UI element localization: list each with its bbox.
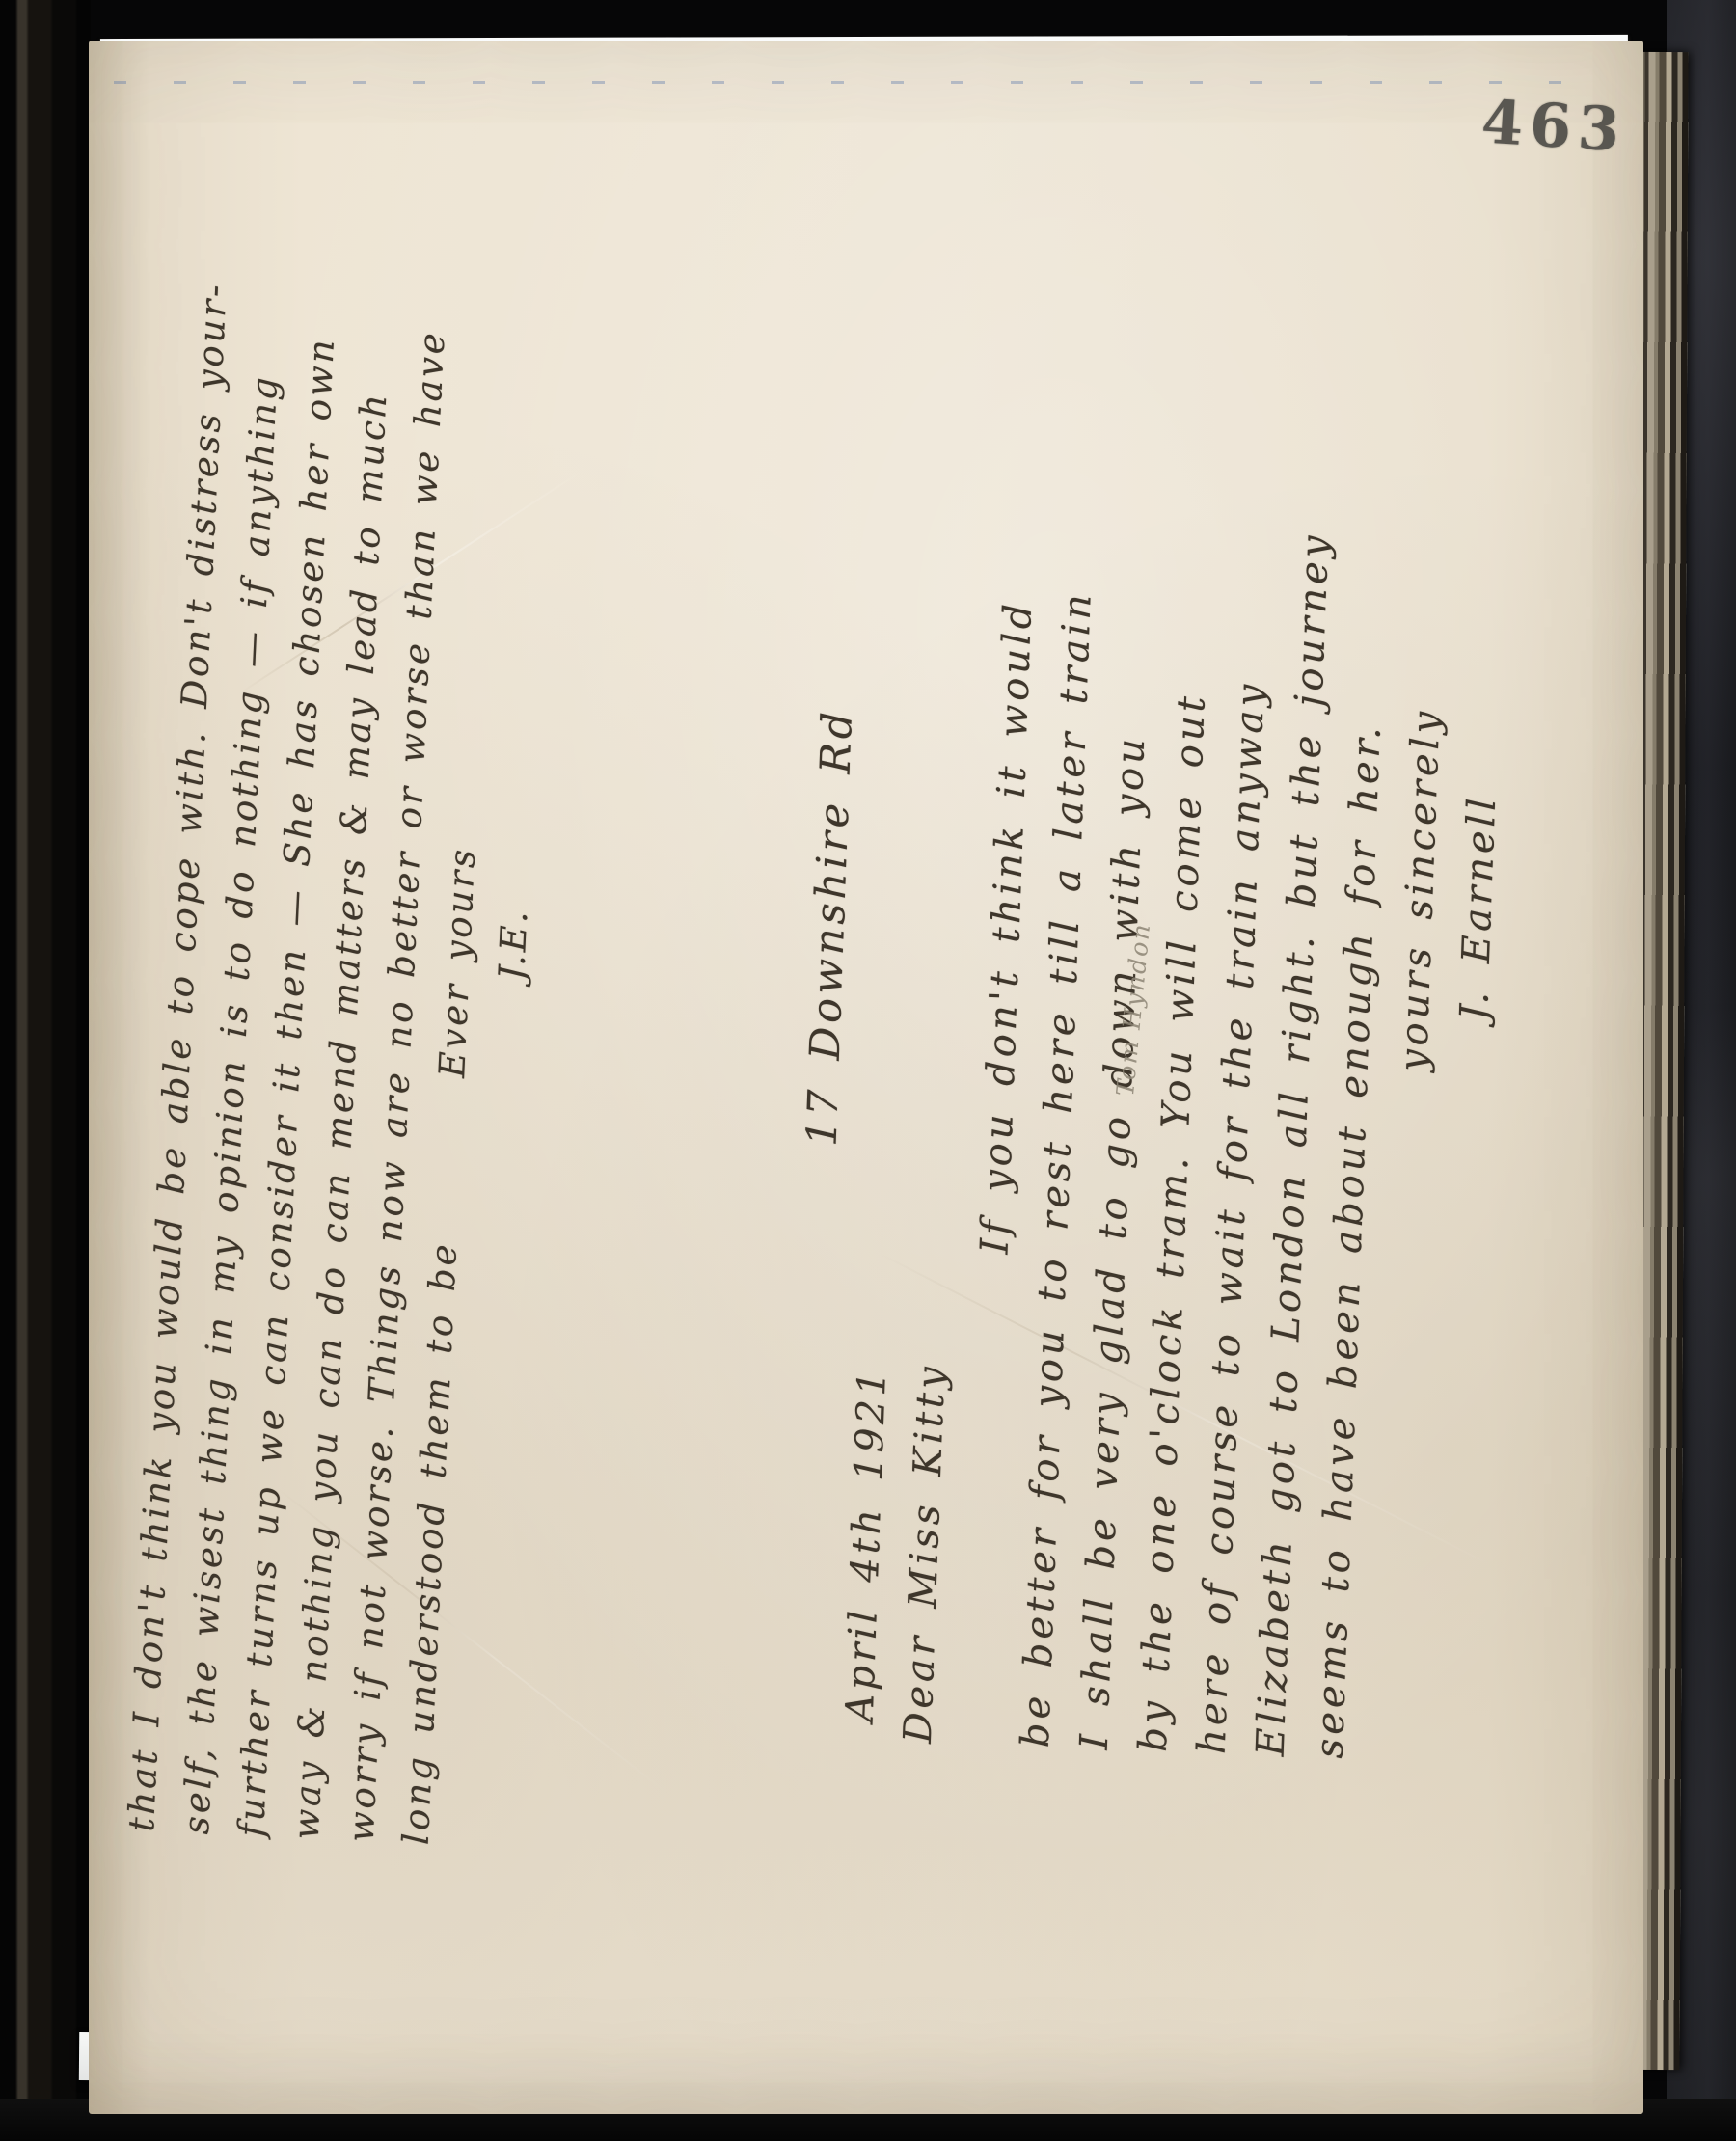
blue-stitch-dots: [114, 81, 1599, 84]
album-page-photograph: 463 that I don't think you would be able…: [0, 0, 1736, 2141]
handwritten-letter: 17 Downshire Rd April 4th 1921 Dear Miss…: [772, 418, 1526, 1764]
page-number-stamp: 463: [1479, 86, 1629, 165]
handwritten-note-left: that I don't think you would be able to …: [114, 154, 578, 1849]
book-gutter-left: [0, 0, 91, 2141]
spacer: [456, 1078, 464, 1242]
note-closing: Ever yours: [431, 846, 483, 1079]
